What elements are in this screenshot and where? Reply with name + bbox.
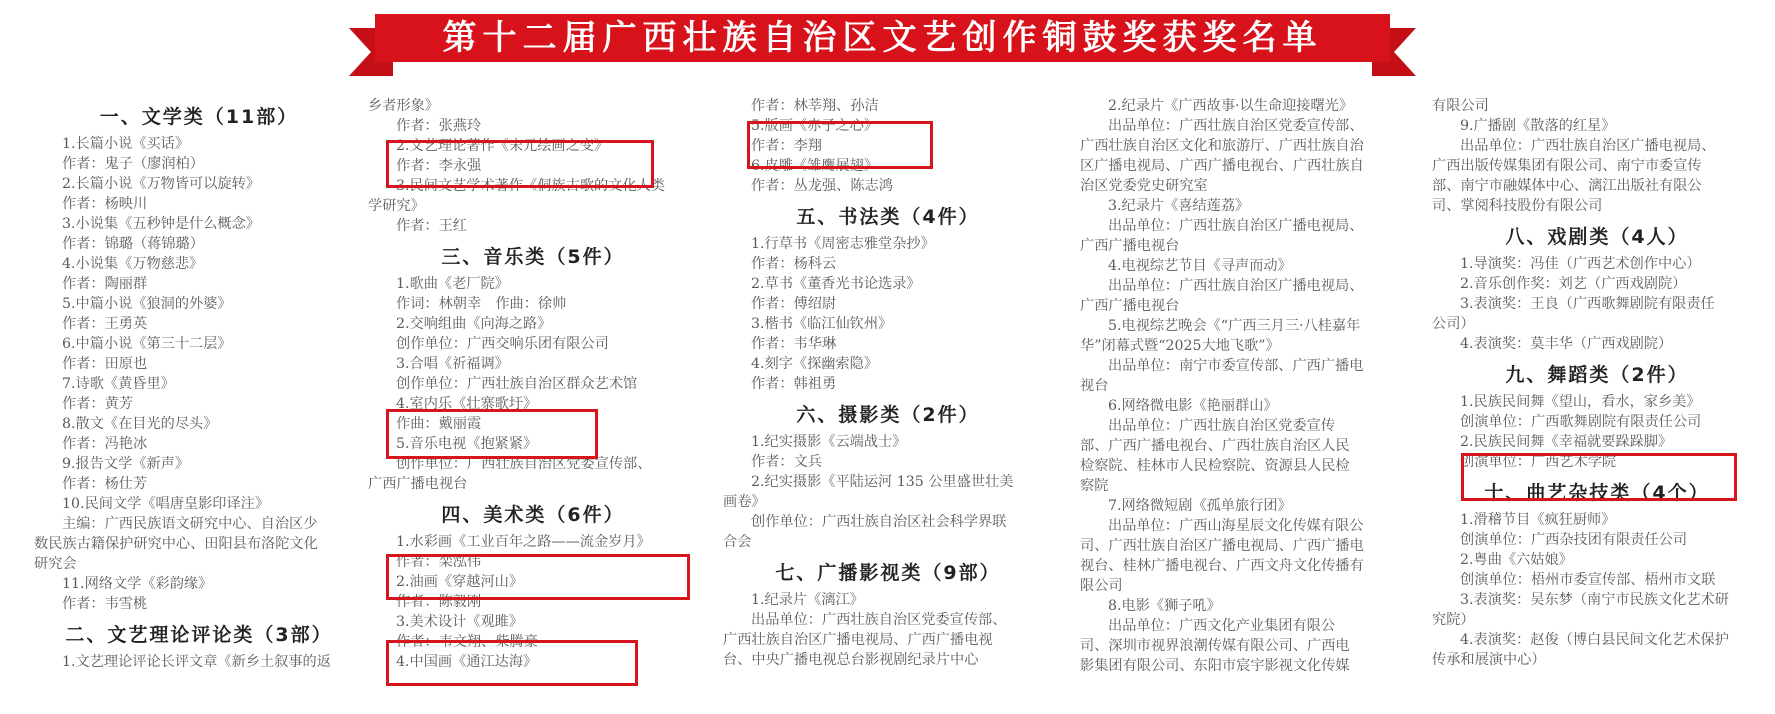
list-line: 4.刻字《探幽索隐》 — [723, 354, 1053, 374]
list-line: 8.电影《狮子吼》 — [1080, 596, 1410, 616]
section-heading: 六、摄影类（2件） — [723, 398, 1053, 432]
column-3: 作者：林莘翔、孙洁5.版画《赤子之心》作者：李翔6.皮雕《雏鹰展翅》作者：丛龙强… — [723, 96, 1053, 670]
list-line: 2.民族民间舞《幸福就要跺跺脚》 — [1432, 432, 1762, 452]
list-line: 1.导演奖：冯佳（广西艺术创作中心） — [1432, 254, 1762, 274]
list-line: 司、深圳市视界浪潮传媒有限公司、广西电 — [1080, 636, 1410, 656]
title-banner: 第十二届广西壮族自治区文艺创作铜鼓奖获奖名单 — [355, 14, 1410, 62]
list-line: 创演单位：广西艺术学院 — [1432, 452, 1762, 472]
list-line: 9.广播剧《散落的红星》 — [1432, 116, 1762, 136]
list-line: 部、广西广播电视台、广西壮族自治区人民 — [1080, 436, 1410, 456]
list-line: 作者：王红 — [368, 216, 698, 236]
list-line: 治区党委党史研究室 — [1080, 176, 1410, 196]
list-line: 创作单位：广西交响乐团有限公司 — [368, 334, 698, 354]
list-line: 7.网络微短剧《孤单旅行团》 — [1080, 496, 1410, 516]
list-line: 公司） — [1432, 314, 1762, 334]
list-line: 2.音乐创作奖：刘艺（广西戏剧院） — [1432, 274, 1762, 294]
list-line: 视台、桂林广播电视台、广西文舟文化传播有 — [1080, 556, 1410, 576]
list-line: 5.电视综艺晚会《“广西三月三·八桂嘉年 — [1080, 316, 1410, 336]
list-line: 作者：杨科云 — [723, 254, 1053, 274]
list-line: 1.滑稽节目《疯狂厨师》 — [1432, 510, 1762, 530]
list-line: 作者：锦璐（蒋锦璐） — [34, 234, 364, 254]
list-line: 6.中篇小说《第三十二层》 — [34, 334, 364, 354]
list-line: 3.民间文艺学术著作《侗族古歌的文化人类 — [368, 176, 698, 196]
page-title: 第十二届广西壮族自治区文艺创作铜鼓奖获奖名单 — [375, 14, 1390, 62]
list-line: 1.水彩画《工业百年之路——流金岁月》 — [368, 532, 698, 552]
list-line: 2.纪录片《广西故事·以生命迎接曙光》 — [1080, 96, 1410, 116]
list-line: 4.电视综艺节目《寻声而动》 — [1080, 256, 1410, 276]
list-line: 3.小说集《五秒钟是什么概念》 — [34, 214, 364, 234]
list-line: 出品单位：广西壮族自治区广播电视局、 — [1080, 216, 1410, 236]
list-line: 出品单位：广西山海星辰文化传媒有限公 — [1080, 516, 1410, 536]
list-line: 出品单位：广西壮族自治区广播电视局、 — [1432, 136, 1762, 156]
section-heading: 七、广播影视类（9部） — [723, 556, 1053, 590]
list-line: 3.表演奖：吴东梦（南宁市民族文化艺术研 — [1432, 590, 1762, 610]
list-line: 3.合唱《祈福调》 — [368, 354, 698, 374]
list-line: 作者：李翔 — [723, 136, 1053, 156]
list-line: 出品单位：广西壮族自治区党委宣传部、 — [1080, 116, 1410, 136]
list-line: 有限公司 — [1432, 96, 1762, 116]
section-heading: 二、文艺理论评论类（3部） — [34, 618, 364, 652]
list-line: 11.网络文学《彩韵缘》 — [34, 574, 364, 594]
column-1: 一、文学类（11部）1.长篇小说《买话》作者：鬼子（廖润柏）2.长篇小说《万物皆… — [34, 96, 364, 672]
list-line: 10.民间文学《唱唐皇影印译注》 — [34, 494, 364, 514]
list-line: 5.音乐电视《抱紧紧》 — [368, 434, 698, 454]
banner-right-tail — [1394, 28, 1416, 76]
list-line: 6.网络微电影《艳丽群山》 — [1080, 396, 1410, 416]
list-line: 作者：杨映川 — [34, 194, 364, 214]
list-line: 创演单位：广西歌舞剧院有限责任公司 — [1432, 412, 1762, 432]
list-line: 广西出版传媒集团有限公司、南宁市委宣传 — [1432, 156, 1762, 176]
list-line: 作者：李永强 — [368, 156, 698, 176]
section-heading: 十、曲艺杂技类（4个） — [1432, 476, 1762, 510]
list-line: 出品单位：广西文化产业集团有限公 — [1080, 616, 1410, 636]
list-line: 3.美术设计《观雎》 — [368, 612, 698, 632]
banner-left-tail — [349, 28, 371, 76]
list-line: 作者：田原也 — [34, 354, 364, 374]
list-line: 出品单位：南宁市委宣传部、广西广播电 — [1080, 356, 1410, 376]
list-line: 学研究》 — [368, 196, 698, 216]
list-line: 3.楷书《临江仙钦州》 — [723, 314, 1053, 334]
list-line: 作者：傅绍尉 — [723, 294, 1053, 314]
list-line: 5.中篇小说《狼洞的外婆》 — [34, 294, 364, 314]
list-line: 1.民族民间舞《望山，看水，家乡美》 — [1432, 392, 1762, 412]
list-line: 作者：黄芳 — [34, 394, 364, 414]
list-line: 作者：韦文翔、柴腾豪 — [368, 632, 698, 652]
section-heading: 五、书法类（4件） — [723, 200, 1053, 234]
list-line: 作者：林莘翔、孙洁 — [723, 96, 1053, 116]
list-line: 4.小说集《万物慈悲》 — [34, 254, 364, 274]
list-line: 区广播电视局、广西广播电视台、广西壮族自 — [1080, 156, 1410, 176]
list-line: 1.行草书《周密志雅堂杂抄》 — [723, 234, 1053, 254]
list-line: 2.长篇小说《万物皆可以旋转》 — [34, 174, 364, 194]
list-line: 2.油画《穿越河山》 — [368, 572, 698, 592]
list-line: 1.纪录片《漓江》 — [723, 590, 1053, 610]
list-line: 作曲：戴丽霞 — [368, 414, 698, 434]
list-line: 4.表演奖：赵俊（博白县民间文化艺术保护 — [1432, 630, 1762, 650]
list-line: 影集团有限公司、东阳市宸宇影视文化传媒 — [1080, 656, 1410, 676]
list-line: 广西广播电视台 — [1080, 236, 1410, 256]
list-line: 4.表演奖：莫丰华（广西戏剧院） — [1432, 334, 1762, 354]
list-line: 4.中国画《通江达海》 — [368, 652, 698, 672]
list-line: 作者：王勇英 — [34, 314, 364, 334]
list-line: 华”闭幕式暨“2025大地飞歌”》 — [1080, 336, 1410, 356]
list-line: 察院 — [1080, 476, 1410, 496]
list-line: 数民族古籍保护研究中心、田阳县布洛陀文化 — [34, 534, 364, 554]
list-line: 作者：文兵 — [723, 452, 1053, 472]
list-line: 1.纪实摄影《云端战士》 — [723, 432, 1053, 452]
list-line: 作者：韦雪桃 — [34, 594, 364, 614]
list-line: 2.草书《董香光书论选录》 — [723, 274, 1053, 294]
list-line: 2.文艺理论著作《宋元绘画之变》 — [368, 136, 698, 156]
list-line: 出品单位：广西壮族自治区党委宣传 — [1080, 416, 1410, 436]
list-line: 究院） — [1432, 610, 1762, 630]
list-line: 主编：广西民族语文研究中心、自治区少 — [34, 514, 364, 534]
list-line: 出品单位：广西壮族自治区党委宣传部、 — [723, 610, 1053, 630]
list-line: 作者：韩祖勇 — [723, 374, 1053, 394]
list-line: 视台 — [1080, 376, 1410, 396]
list-line: 部、南宁市融媒体中心、漓江出版社有限公 — [1432, 176, 1762, 196]
list-line: 作者：杨仕芳 — [34, 474, 364, 494]
list-line: 2.交响组曲《向海之路》 — [368, 314, 698, 334]
list-line: 3.表演奖：王良（广西歌舞剧院有限责任 — [1432, 294, 1762, 314]
list-line: 合会 — [723, 532, 1053, 552]
list-line: 作者：丛龙强、陈志鸿 — [723, 176, 1053, 196]
list-line: 6.皮雕《雏鹰展翅》 — [723, 156, 1053, 176]
section-heading: 一、文学类（11部） — [34, 100, 364, 134]
list-line: 1.长篇小说《买话》 — [34, 134, 364, 154]
list-line: 研究会 — [34, 554, 364, 574]
section-heading: 九、舞蹈类（2件） — [1432, 358, 1762, 392]
list-line: 创演单位：广西杂技团有限责任公司 — [1432, 530, 1762, 550]
section-heading: 四、美术类（6件） — [368, 498, 698, 532]
list-line: 创作单位：广西壮族自治区群众艺术馆 — [368, 374, 698, 394]
column-2: 乡者形象》作者：张燕玲2.文艺理论著作《宋元绘画之变》作者：李永强3.民间文艺学… — [368, 96, 698, 672]
list-line: 作者：栾泓伟 — [368, 552, 698, 572]
list-line: 4.室内乐《壮寨歌圩》 — [368, 394, 698, 414]
column-5: 有限公司9.广播剧《散落的红星》出品单位：广西壮族自治区广播电视局、广西出版传媒… — [1432, 96, 1762, 670]
column-4: 2.纪录片《广西故事·以生命迎接曙光》出品单位：广西壮族自治区党委宣传部、广西壮… — [1080, 96, 1410, 676]
list-line: 5.版画《赤子之心》 — [723, 116, 1053, 136]
list-line: 作者：鬼子（廖润柏） — [34, 154, 364, 174]
list-line: 3.纪录片《喜结莲荔》 — [1080, 196, 1410, 216]
list-line: 创作单位：广西壮族自治区社会科学界联 — [723, 512, 1053, 532]
list-line: 1.歌曲《老厂院》 — [368, 274, 698, 294]
list-line: 广西壮族自治区广播电视局、广西广播电视 — [723, 630, 1053, 650]
list-line: 传承和展演中心） — [1432, 650, 1762, 670]
list-line: 9.报告文学《新声》 — [34, 454, 364, 474]
list-line: 2.粤曲《六姑娘》 — [1432, 550, 1762, 570]
list-line: 1.文艺理论评论长评文章《新乡土叙事的返 — [34, 652, 364, 672]
list-line: 8.散文《在目光的尽头》 — [34, 414, 364, 434]
list-line: 广西广播电视台 — [1080, 296, 1410, 316]
list-line: 出品单位：广西壮族自治区广播电视局、 — [1080, 276, 1410, 296]
section-heading: 八、戏剧类（4人） — [1432, 220, 1762, 254]
list-line: 司、掌阅科技股份有限公司 — [1432, 196, 1762, 216]
section-heading: 三、音乐类（5件） — [368, 240, 698, 274]
list-line: 作者：张燕玲 — [368, 116, 698, 136]
list-line: 作者：陈毅刚 — [368, 592, 698, 612]
list-line: 7.诗歌《黄昏里》 — [34, 374, 364, 394]
list-line: 创演单位：梧州市委宣传部、梧州市文联 — [1432, 570, 1762, 590]
list-line: 画卷》 — [723, 492, 1053, 512]
list-line: 作者：韦华琳 — [723, 334, 1053, 354]
list-line: 检察院、桂林市人民检察院、资源县人民检 — [1080, 456, 1410, 476]
list-line: 司、广西壮族自治区广播电视局、广西广播电 — [1080, 536, 1410, 556]
list-line: 2.纪实摄影《平陆运河 135 公里盛世壮美 — [723, 472, 1053, 492]
list-line: 限公司 — [1080, 576, 1410, 596]
list-line: 广西壮族自治区文化和旅游厅、广西壮族自治 — [1080, 136, 1410, 156]
list-line: 乡者形象》 — [368, 96, 698, 116]
list-line: 作者：陶丽群 — [34, 274, 364, 294]
list-line: 作词：林朝幸 作曲：徐帅 — [368, 294, 698, 314]
list-line: 台、中央广播电视总台影视剧纪录片中心 — [723, 650, 1053, 670]
list-line: 广西广播电视台 — [368, 474, 698, 494]
list-line: 创作单位：广西壮族自治区党委宣传部、 — [368, 454, 698, 474]
list-line: 作者：冯艳冰 — [34, 434, 364, 454]
